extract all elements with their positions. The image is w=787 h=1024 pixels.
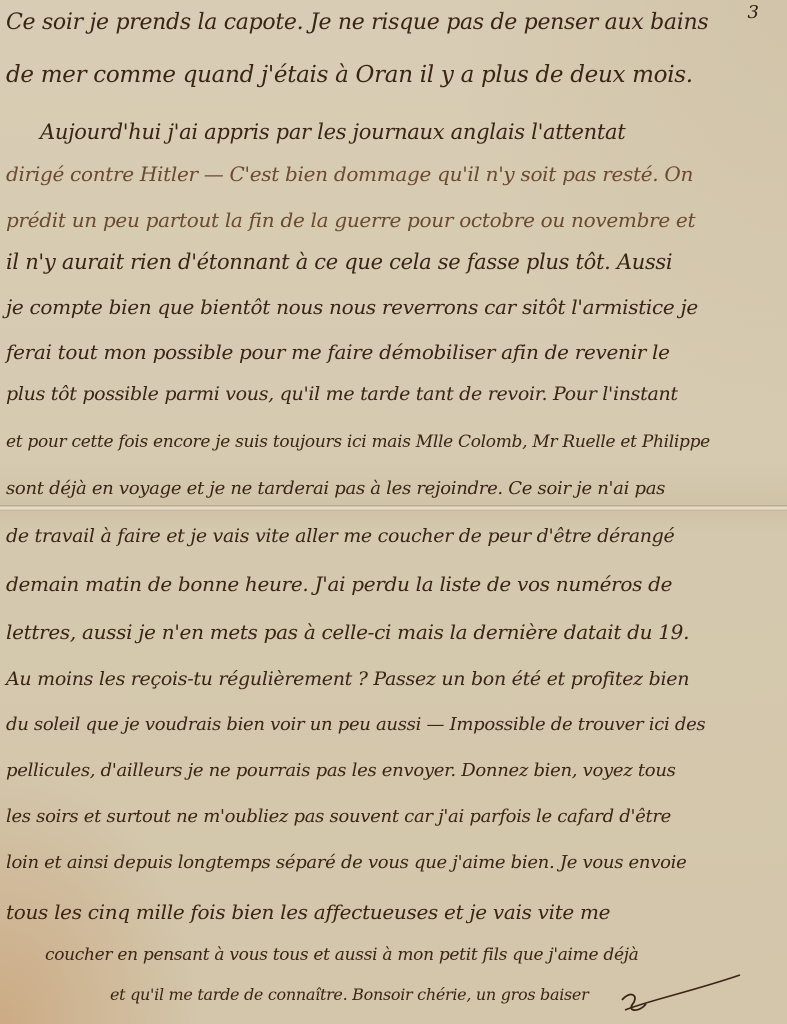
handwritten-line: Aujourd'hui j'ai appris par les journaux… <box>40 120 625 144</box>
handwritten-line: prédit un peu partout la fin de la guerr… <box>6 208 695 232</box>
handwritten-text-body: Ce soir je prends la capote. Je ne risqu… <box>0 0 787 1024</box>
handwritten-line: loin et ainsi depuis longtemps séparé de… <box>6 852 686 873</box>
handwritten-line: demain matin de bonne heure. J'ai perdu … <box>6 572 672 596</box>
handwritten-line: de travail à faire et je vais vite aller… <box>6 525 674 547</box>
handwritten-line: sont déjà en voyage et je ne tarderai pa… <box>6 478 665 499</box>
handwritten-line: et pour cette fois encore je suis toujou… <box>6 432 710 452</box>
handwritten-line: il n'y aurait rien d'étonnant à ce que c… <box>6 250 672 274</box>
handwritten-line: ferai tout mon possible pour me faire dé… <box>6 340 670 364</box>
handwritten-line: du soleil que je voudrais bien voir un p… <box>6 714 705 735</box>
handwritten-line: je compte bien que bientôt nous nous rev… <box>6 295 698 319</box>
handwritten-line: pellicules, d'ailleurs je ne pourrais pa… <box>6 760 676 781</box>
handwritten-line: dirigé contre Hitler — C'est bien dommag… <box>6 162 693 186</box>
handwritten-line: Ce soir je prends la capote. Je ne risqu… <box>6 10 708 35</box>
handwritten-line: les soirs et surtout ne m'oubliez pas so… <box>6 806 671 827</box>
handwritten-line: plus tôt possible parmi vous, qu'il me t… <box>6 383 678 405</box>
handwritten-line: coucher en pensant à vous tous et aussi … <box>45 945 639 965</box>
letter-page: 3 Ce soir je prends la capote. Je ne ris… <box>0 0 787 1024</box>
handwritten-line: tous les cinq mille fois bien les affect… <box>6 900 610 924</box>
handwritten-line: lettres, aussi je n'en mets pas à celle-… <box>6 620 689 644</box>
handwritten-line: Au moins les reçois-tu régulièrement ? P… <box>6 668 689 690</box>
signature-flourish-icon <box>620 970 750 1020</box>
handwritten-line: et qu'il me tarde de connaître. Bonsoir … <box>110 985 588 1004</box>
handwritten-line: de mer comme quand j'étais à Oran il y a… <box>6 62 693 88</box>
